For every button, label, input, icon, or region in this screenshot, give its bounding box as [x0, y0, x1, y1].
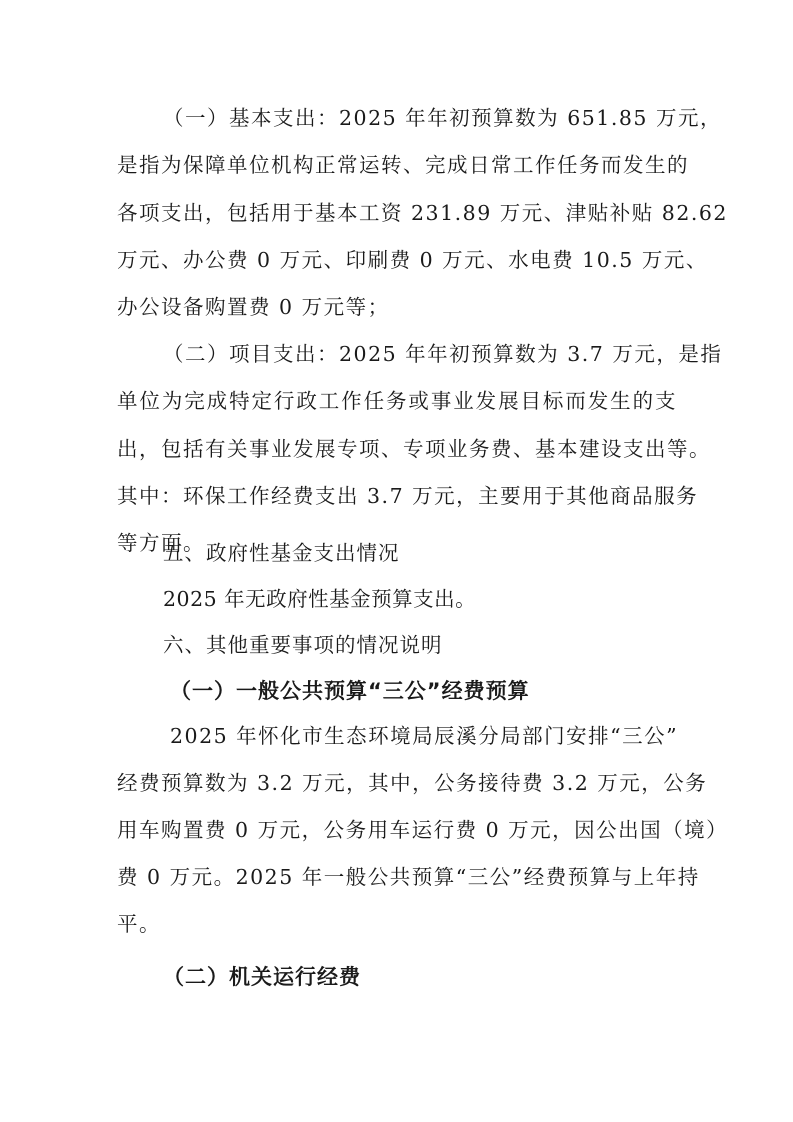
three-public-line-4: 费 0 万元。2025 年一般公共预算“三公”经费预算与上年持	[117, 865, 677, 889]
three-public-heading: （一）一般公共预算“三公”经费预算	[170, 679, 530, 703]
project-expenditure-line-2: 单位为完成特定行政工作任务或事业发展目标而发生的支	[117, 389, 677, 413]
project-expenditure-line-1: （二）项目支出：2025 年年初预算数为 3.7 万元，是指	[163, 342, 677, 366]
three-public-line-2: 经费预算数为 3.2 万元，其中，公务接待费 3.2 万元，公务	[117, 771, 677, 795]
three-public-line-1: 2025 年怀化市生态环境局辰溪分局部门安排“三公”	[170, 724, 677, 748]
basic-expenditure-line-5: 办公设备购置费 0 万元等；	[117, 295, 390, 319]
document-page: （一）基本支出：2025 年年初预算数为 651.85 万元， 是指为保障单位机…	[0, 0, 793, 1122]
basic-expenditure-line-2: 是指为保障单位机构正常运转、完成日常工作任务而发生的	[117, 153, 677, 177]
project-expenditure-line-4: 其中：环保工作经费支出 3.7 万元，主要用于其他商品服务	[117, 484, 677, 508]
other-matters-heading: 六、其他重要事项的情况说明	[163, 633, 443, 657]
basic-expenditure-line-3: 各项支出，包括用于基本工资 231.89 万元、津贴补贴 82.62	[117, 201, 677, 225]
three-public-line-5: 平。	[117, 912, 161, 936]
three-public-line-3: 用车购置费 0 万元，公务用车运行费 0 万元，因公出国（境）	[117, 818, 677, 842]
basic-expenditure-line-4: 万元、办公费 0 万元、印刷费 0 万元、水电费 10.5 万元、	[117, 248, 677, 272]
basic-expenditure-line-1: （一）基本支出：2025 年年初预算数为 651.85 万元，	[163, 106, 677, 130]
operating-funds-heading: （二）机关运行经费	[163, 965, 361, 989]
gov-fund-heading: 五、政府性基金支出情况	[163, 541, 400, 565]
gov-fund-text: 2025 年无政府性基金预算支出。	[163, 587, 476, 611]
project-expenditure-line-3: 出，包括有关事业发展专项、专项业务费、基本建设支出等。	[117, 437, 677, 461]
